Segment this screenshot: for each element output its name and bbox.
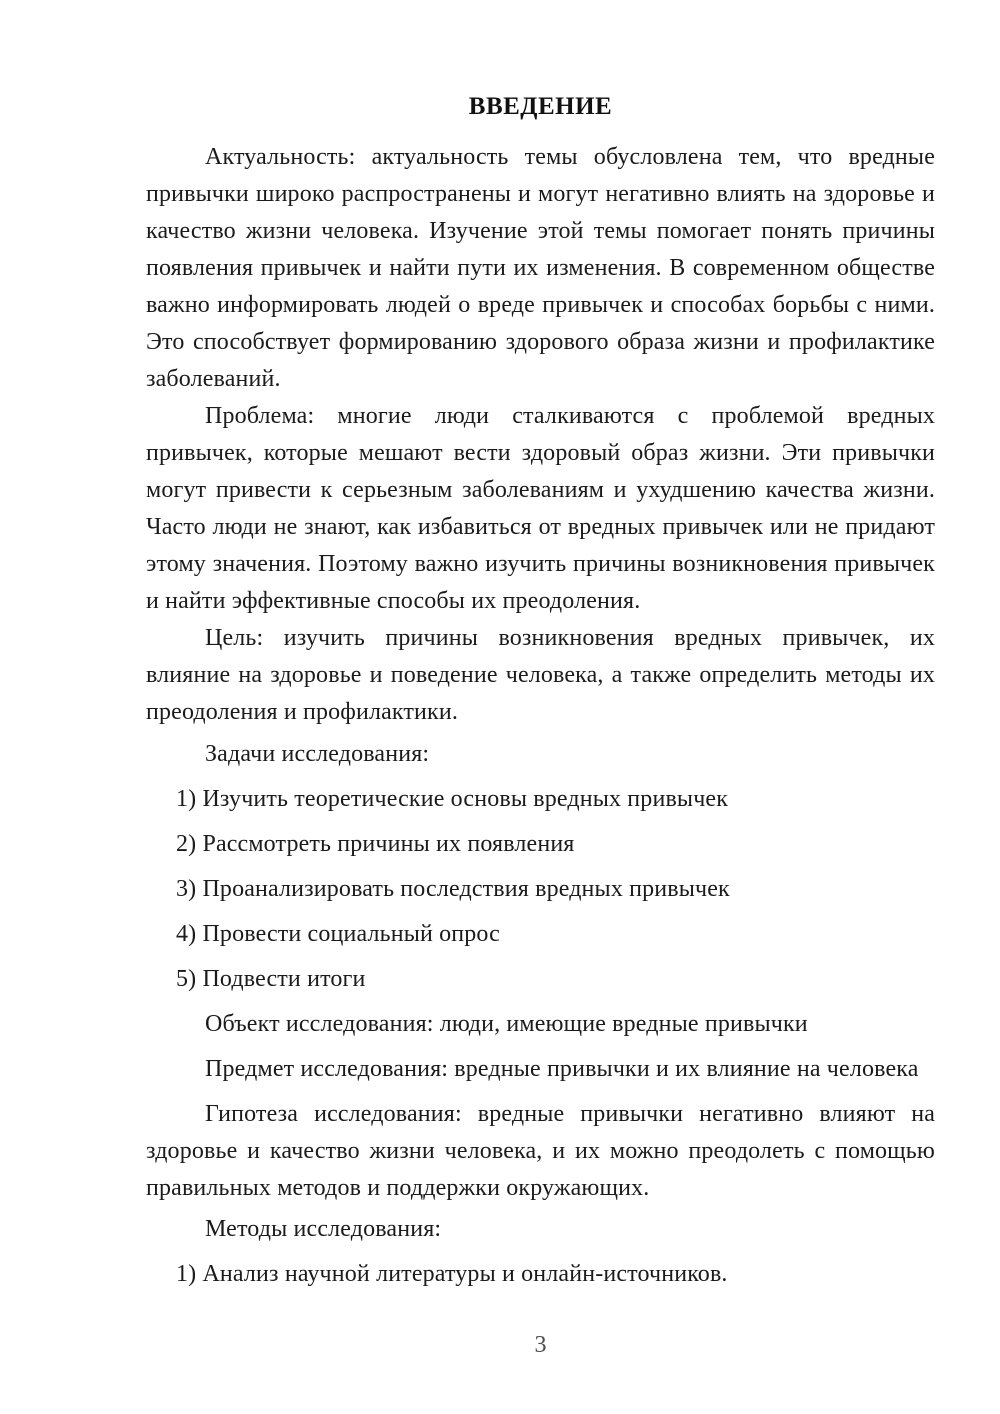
paragraph-goal: Цель: изучить причины возникновения вред… (146, 620, 935, 731)
tasks-heading: Задачи исследования: (146, 736, 935, 773)
document-page: ВВЕДЕНИЕ Актуальность: актуальность темы… (0, 0, 1000, 1414)
task-item-3: 3) Проанализировать последствия вредных … (146, 871, 935, 908)
task-item-2: 2) Рассмотреть причины их появления (146, 826, 935, 863)
task-item-4: 4) Провести социальный опрос (146, 916, 935, 953)
document-title: ВВЕДЕНИЕ (146, 92, 935, 122)
paragraph-actuality: Актуальность: актуальность темы обусловл… (146, 139, 935, 398)
document-content: ВВЕДЕНИЕ Актуальность: актуальность темы… (146, 92, 935, 1301)
method-item-1: 1) Анализ научной литературы и онлайн-ис… (146, 1256, 935, 1293)
paragraph-object: Объект исследования: люди, имеющие вредн… (146, 1006, 935, 1043)
page-number: 3 (146, 1327, 935, 1364)
paragraph-subject: Предмет исследования: вредные привычки и… (146, 1051, 935, 1088)
task-item-1: 1) Изучить теоретические основы вредных … (146, 781, 935, 818)
paragraph-problem: Проблема: многие люди сталкиваются с про… (146, 398, 935, 620)
task-item-5: 5) Подвести итоги (146, 961, 935, 998)
methods-heading: Методы исследования: (146, 1211, 935, 1248)
paragraph-hypothesis: Гипотеза исследования: вредные привычки … (146, 1096, 935, 1207)
